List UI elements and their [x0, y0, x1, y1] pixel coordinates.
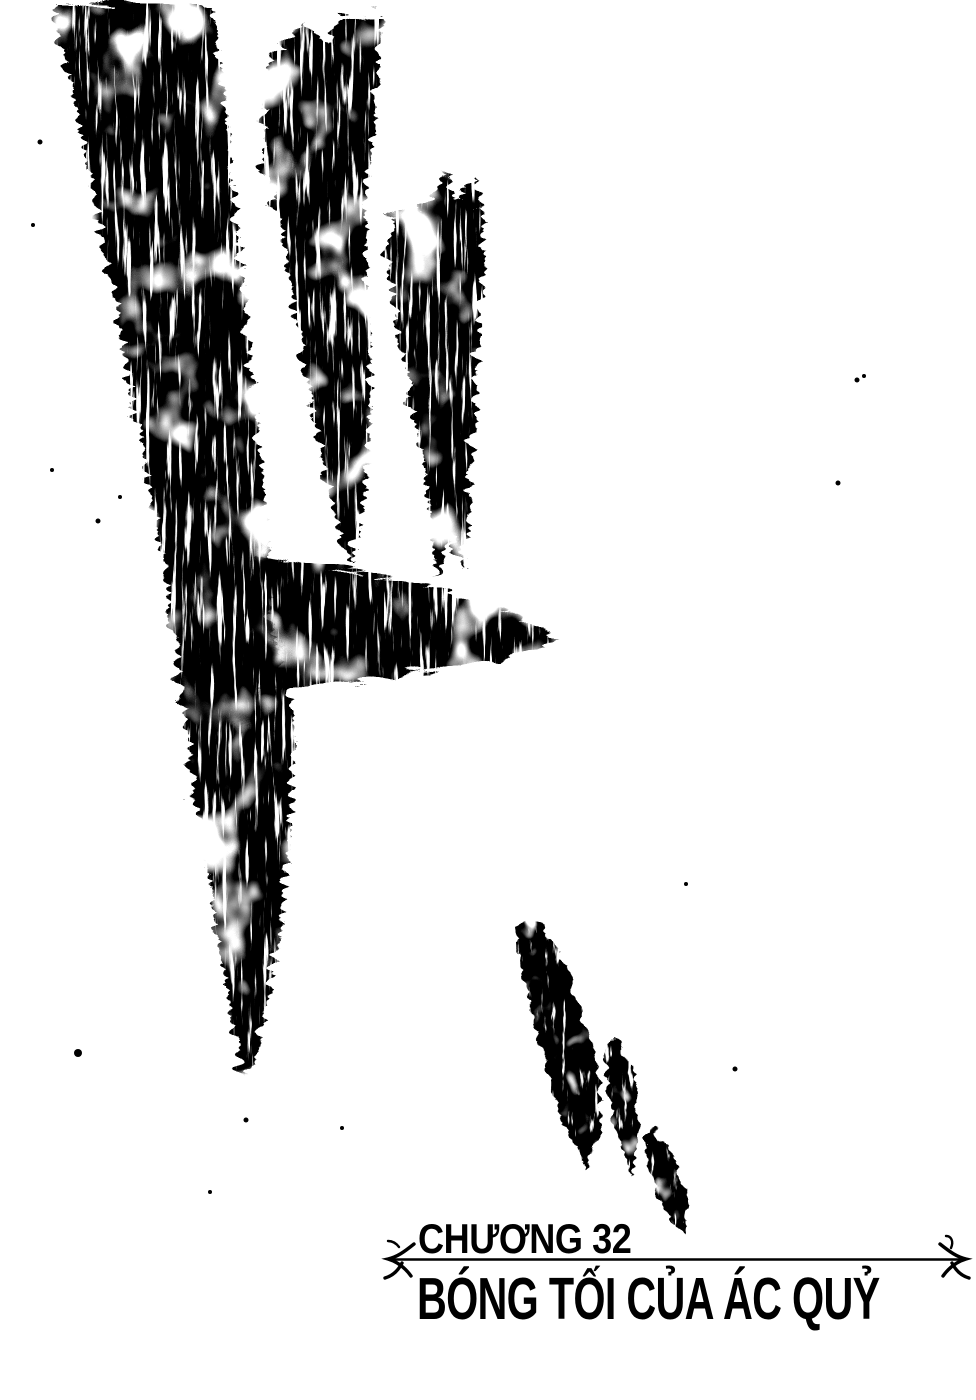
ink-speckle	[244, 1118, 249, 1123]
ink-artwork	[0, 0, 976, 1400]
middle-vertical-stroke	[258, 10, 378, 558]
ink-strokes-group	[48, 0, 686, 1232]
bottom-dab-large	[513, 913, 598, 1167]
ink-speckle	[96, 519, 101, 524]
chapter-number-label: CHƯƠNG 32	[418, 1218, 631, 1260]
ink-speckle	[340, 1126, 344, 1130]
ink-speckle	[862, 374, 866, 378]
ink-speckle	[855, 378, 860, 383]
manga-chapter-title-page: CHƯƠNG 32 BÓNG TỐI CỦA ÁC QUỶ	[0, 0, 976, 1400]
ink-speckle	[50, 468, 54, 472]
ink-speckle	[208, 1190, 212, 1194]
main-diagonal-stroke	[48, 0, 288, 1087]
ink-speckle	[38, 140, 43, 145]
ink-speckle	[684, 882, 688, 886]
bottom-dab-middle	[603, 1032, 635, 1172]
divider-ornament-right	[940, 1236, 969, 1278]
horizontal-wedge-stroke	[246, 548, 557, 682]
ink-speckle	[118, 495, 122, 499]
chapter-title-label: BÓNG TỐI CỦA ÁC QUỶ	[417, 1270, 879, 1329]
ink-speckle	[836, 481, 841, 486]
ink-speckle	[31, 223, 35, 227]
ink-speckle	[733, 1067, 738, 1072]
right-vertical-stroke	[384, 162, 478, 573]
ink-speckle	[74, 1049, 82, 1057]
bottom-dab-small	[641, 1127, 686, 1232]
